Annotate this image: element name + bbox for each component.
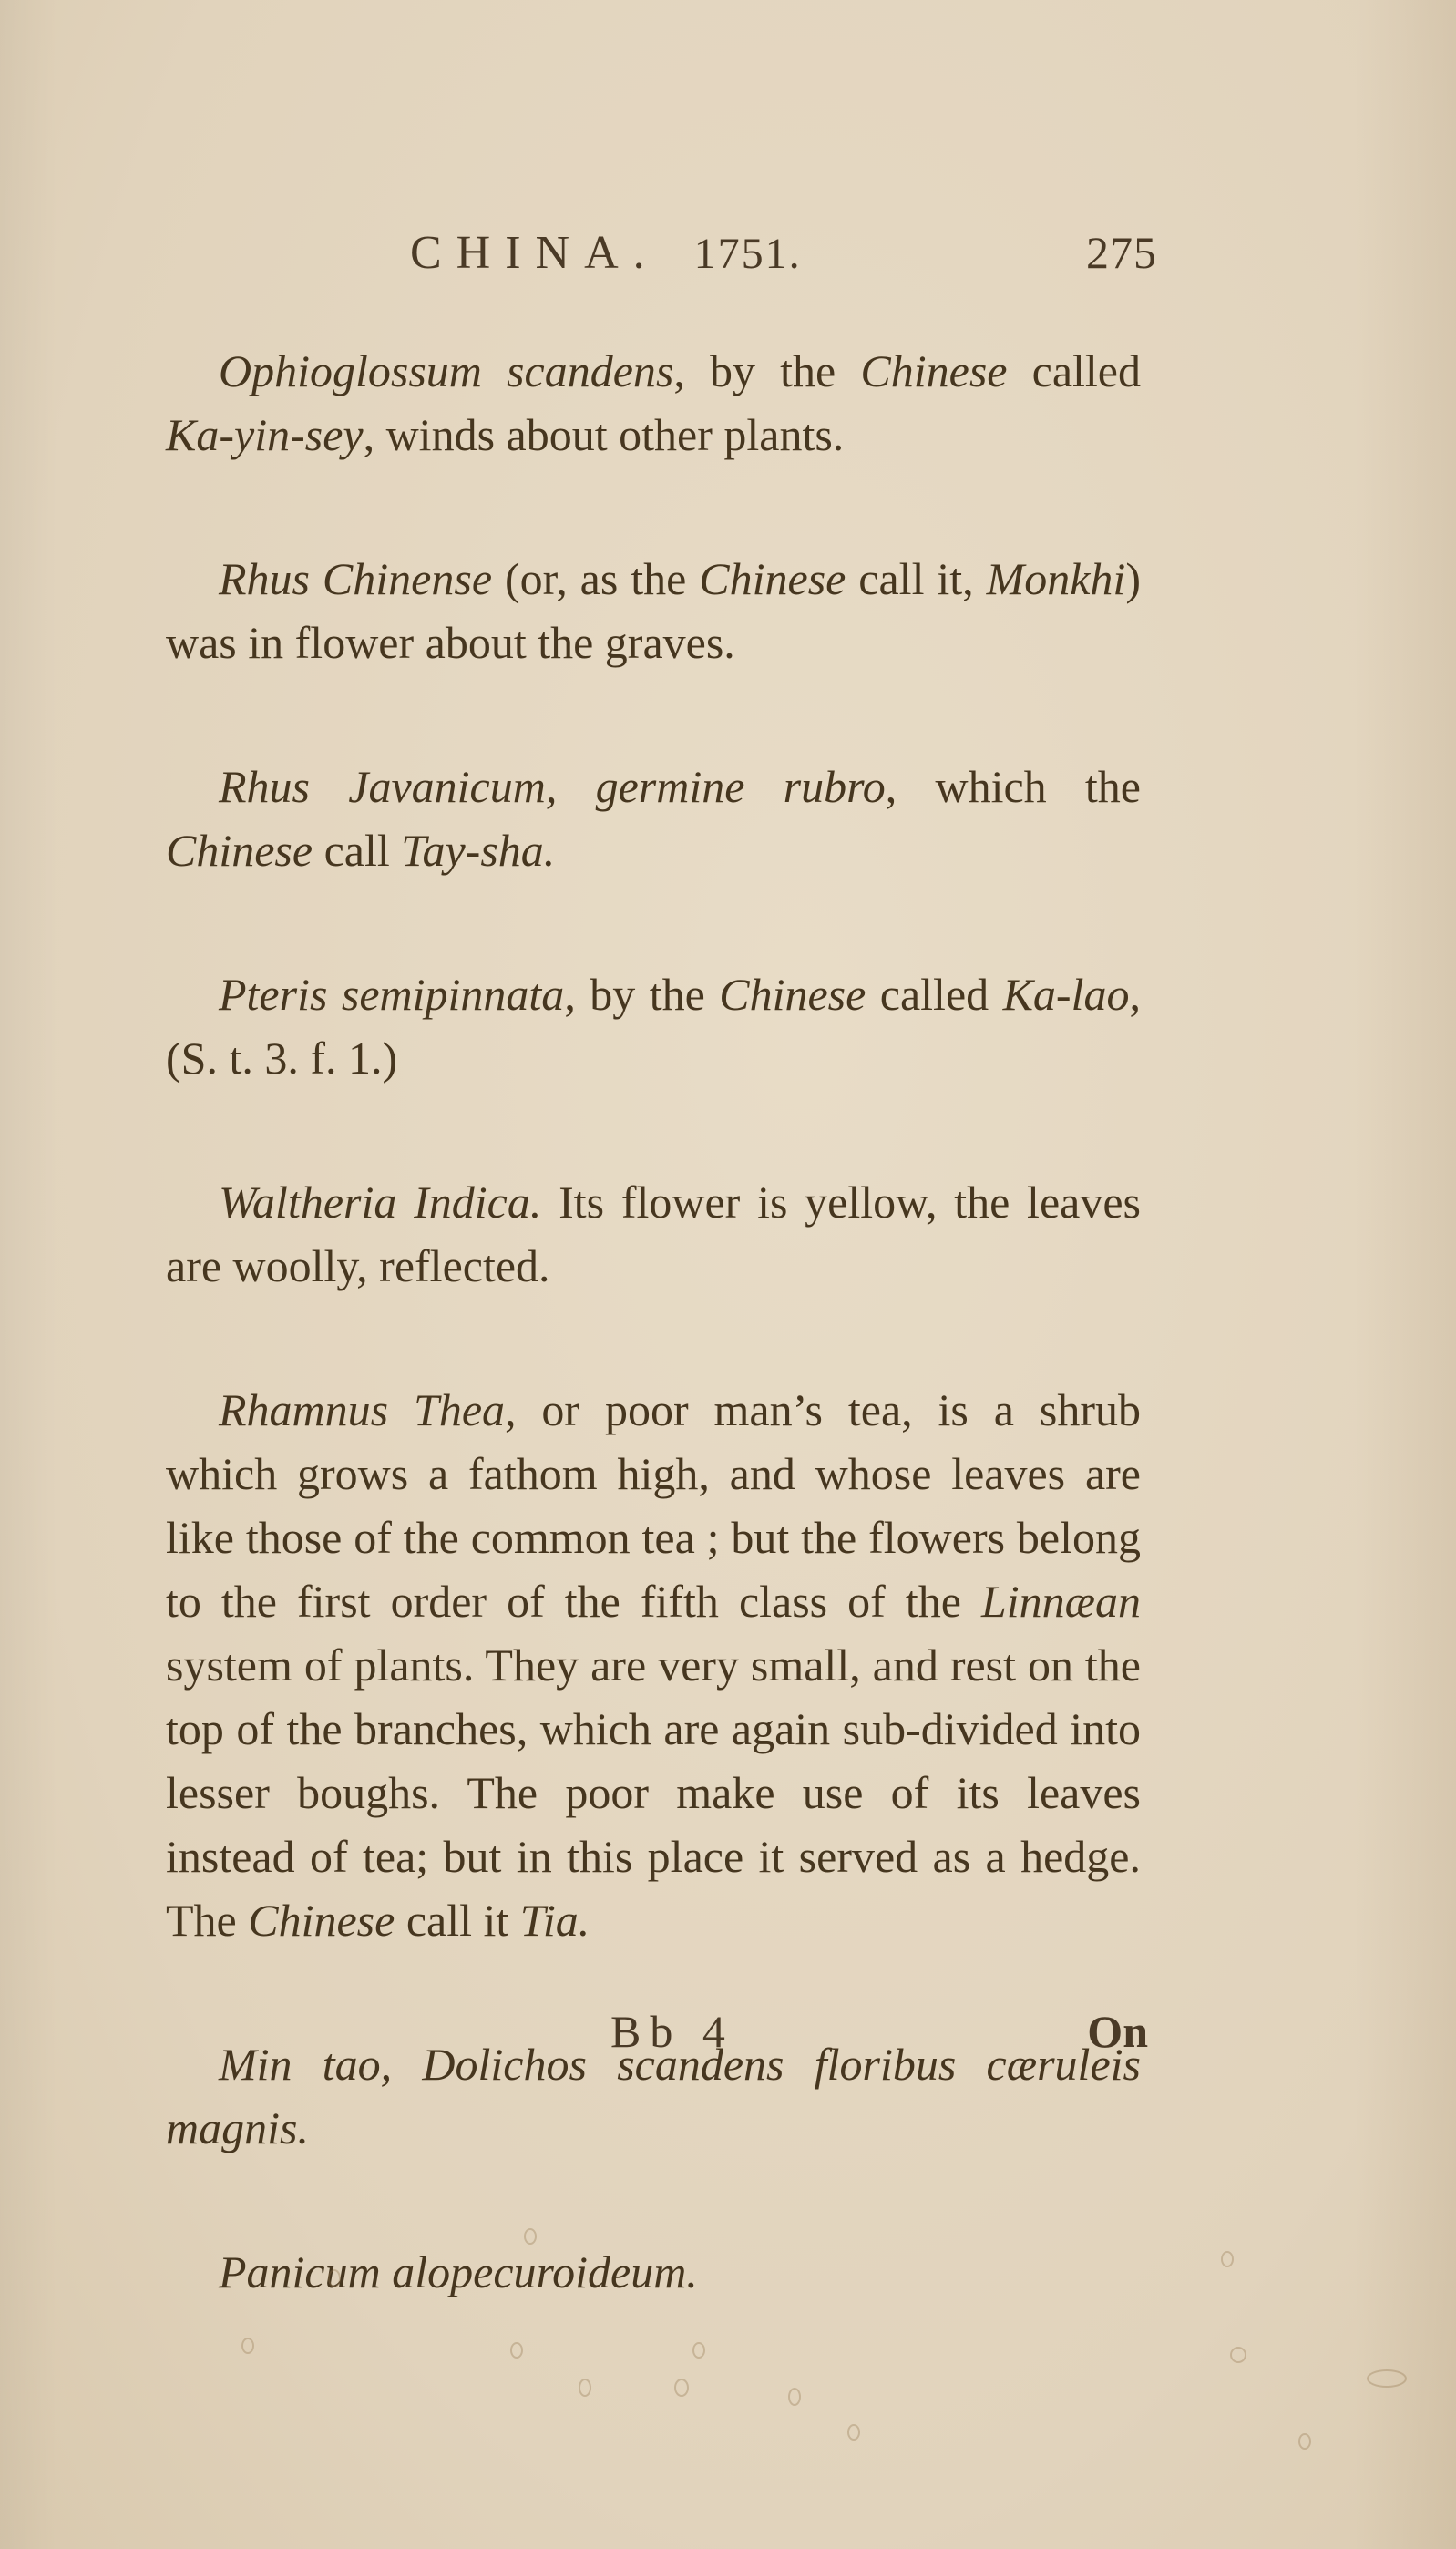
foxing-spot: [1298, 2433, 1311, 2450]
text-segment: , winds about other plants.: [364, 409, 845, 460]
text-segment: called: [1007, 345, 1141, 396]
text-segment: Chinese: [699, 553, 846, 604]
foxing-spot: [524, 2228, 537, 2245]
text-segment: , which the: [886, 761, 1141, 812]
foxing-spot: [241, 2338, 254, 2354]
text-segment: Chinese: [860, 345, 1007, 396]
foxing-spot: [510, 2342, 523, 2359]
text-segment: Linnæan: [981, 1576, 1141, 1627]
foxing-spot: [847, 2424, 860, 2441]
text-segment: call it,: [846, 553, 986, 604]
text-segment: , by the: [564, 969, 719, 1020]
body-text: Ophioglossum scandens, by the Chinese ca…: [166, 339, 1141, 2384]
text-segment: call it: [395, 1895, 519, 1946]
foxing-spot: [788, 2388, 801, 2406]
paragraph-rhamnus-thea: Rhamnus Thea, or poor man’s tea, is a sh…: [166, 1378, 1141, 1952]
chinese-name: Tay-sha.: [401, 825, 555, 876]
species-name: Rhus Javanicum, germine rubro: [219, 761, 886, 812]
foxing-spot: [692, 2342, 705, 2359]
chinese-name: Monkhi: [987, 553, 1126, 604]
chinese-name: Ka-lao: [1003, 969, 1130, 1020]
text-segment: , by the: [673, 345, 860, 396]
paragraph-ophioglossum: Ophioglossum scandens, by the Chinese ca…: [166, 339, 1141, 467]
species-name: Ophioglossum scandens: [219, 345, 673, 396]
text-segment: Chinese: [166, 825, 313, 876]
year: 1751.: [694, 229, 802, 279]
foxing-spot: [1221, 2251, 1234, 2267]
foxing-spot: [328, 2269, 341, 2287]
species-name: Rhamnus Thea: [219, 1384, 505, 1435]
foxing-spot: [579, 2379, 591, 2397]
paragraph-panicum: Panicum alopecuroideum.: [166, 2240, 1141, 2304]
chinese-name: Ka-yin-sey: [166, 409, 364, 460]
species-name: Rhus Chinense: [219, 553, 492, 604]
page-footer: Bb 4 On: [610, 2005, 1148, 2058]
species-name: Waltheria Indica.: [219, 1177, 541, 1228]
page-number: 275: [1086, 226, 1157, 279]
foxing-spot: [1367, 2369, 1407, 2388]
foxing-spot: [674, 2379, 689, 2397]
species-name: Pteris semipinnata: [219, 969, 564, 1020]
paragraph-rhus-chinense: Rhus Chinense (or, as the Chinese call i…: [166, 547, 1141, 674]
text-segment: Chinese: [248, 1895, 395, 1946]
text-segment: called: [866, 969, 1002, 1020]
catchword: On: [1087, 2005, 1148, 2058]
species-name: Panicum alopecuroideum.: [219, 2246, 698, 2297]
running-title: CHINA.: [410, 226, 660, 280]
foxing-spot: [1230, 2347, 1246, 2363]
page-header: CHINA. 1751. 275: [410, 226, 1157, 280]
text-segment: Chinese: [719, 969, 866, 1020]
paragraph-pteris: Pteris semipinnata, by the Chinese calle…: [166, 962, 1141, 1090]
text-segment: call: [313, 825, 401, 876]
text-segment: (or, as the: [492, 553, 699, 604]
chinese-name: Tia.: [520, 1895, 590, 1946]
paragraph-rhus-javanicum: Rhus Javanicum, germine rubro, which the…: [166, 755, 1141, 882]
book-page: CHINA. 1751. 275 Ophioglossum scandens, …: [0, 0, 1456, 2549]
signature-mark: Bb 4: [610, 2005, 734, 2058]
paragraph-waltheria: Waltheria Indica. Its flower is yellow, …: [166, 1170, 1141, 1298]
